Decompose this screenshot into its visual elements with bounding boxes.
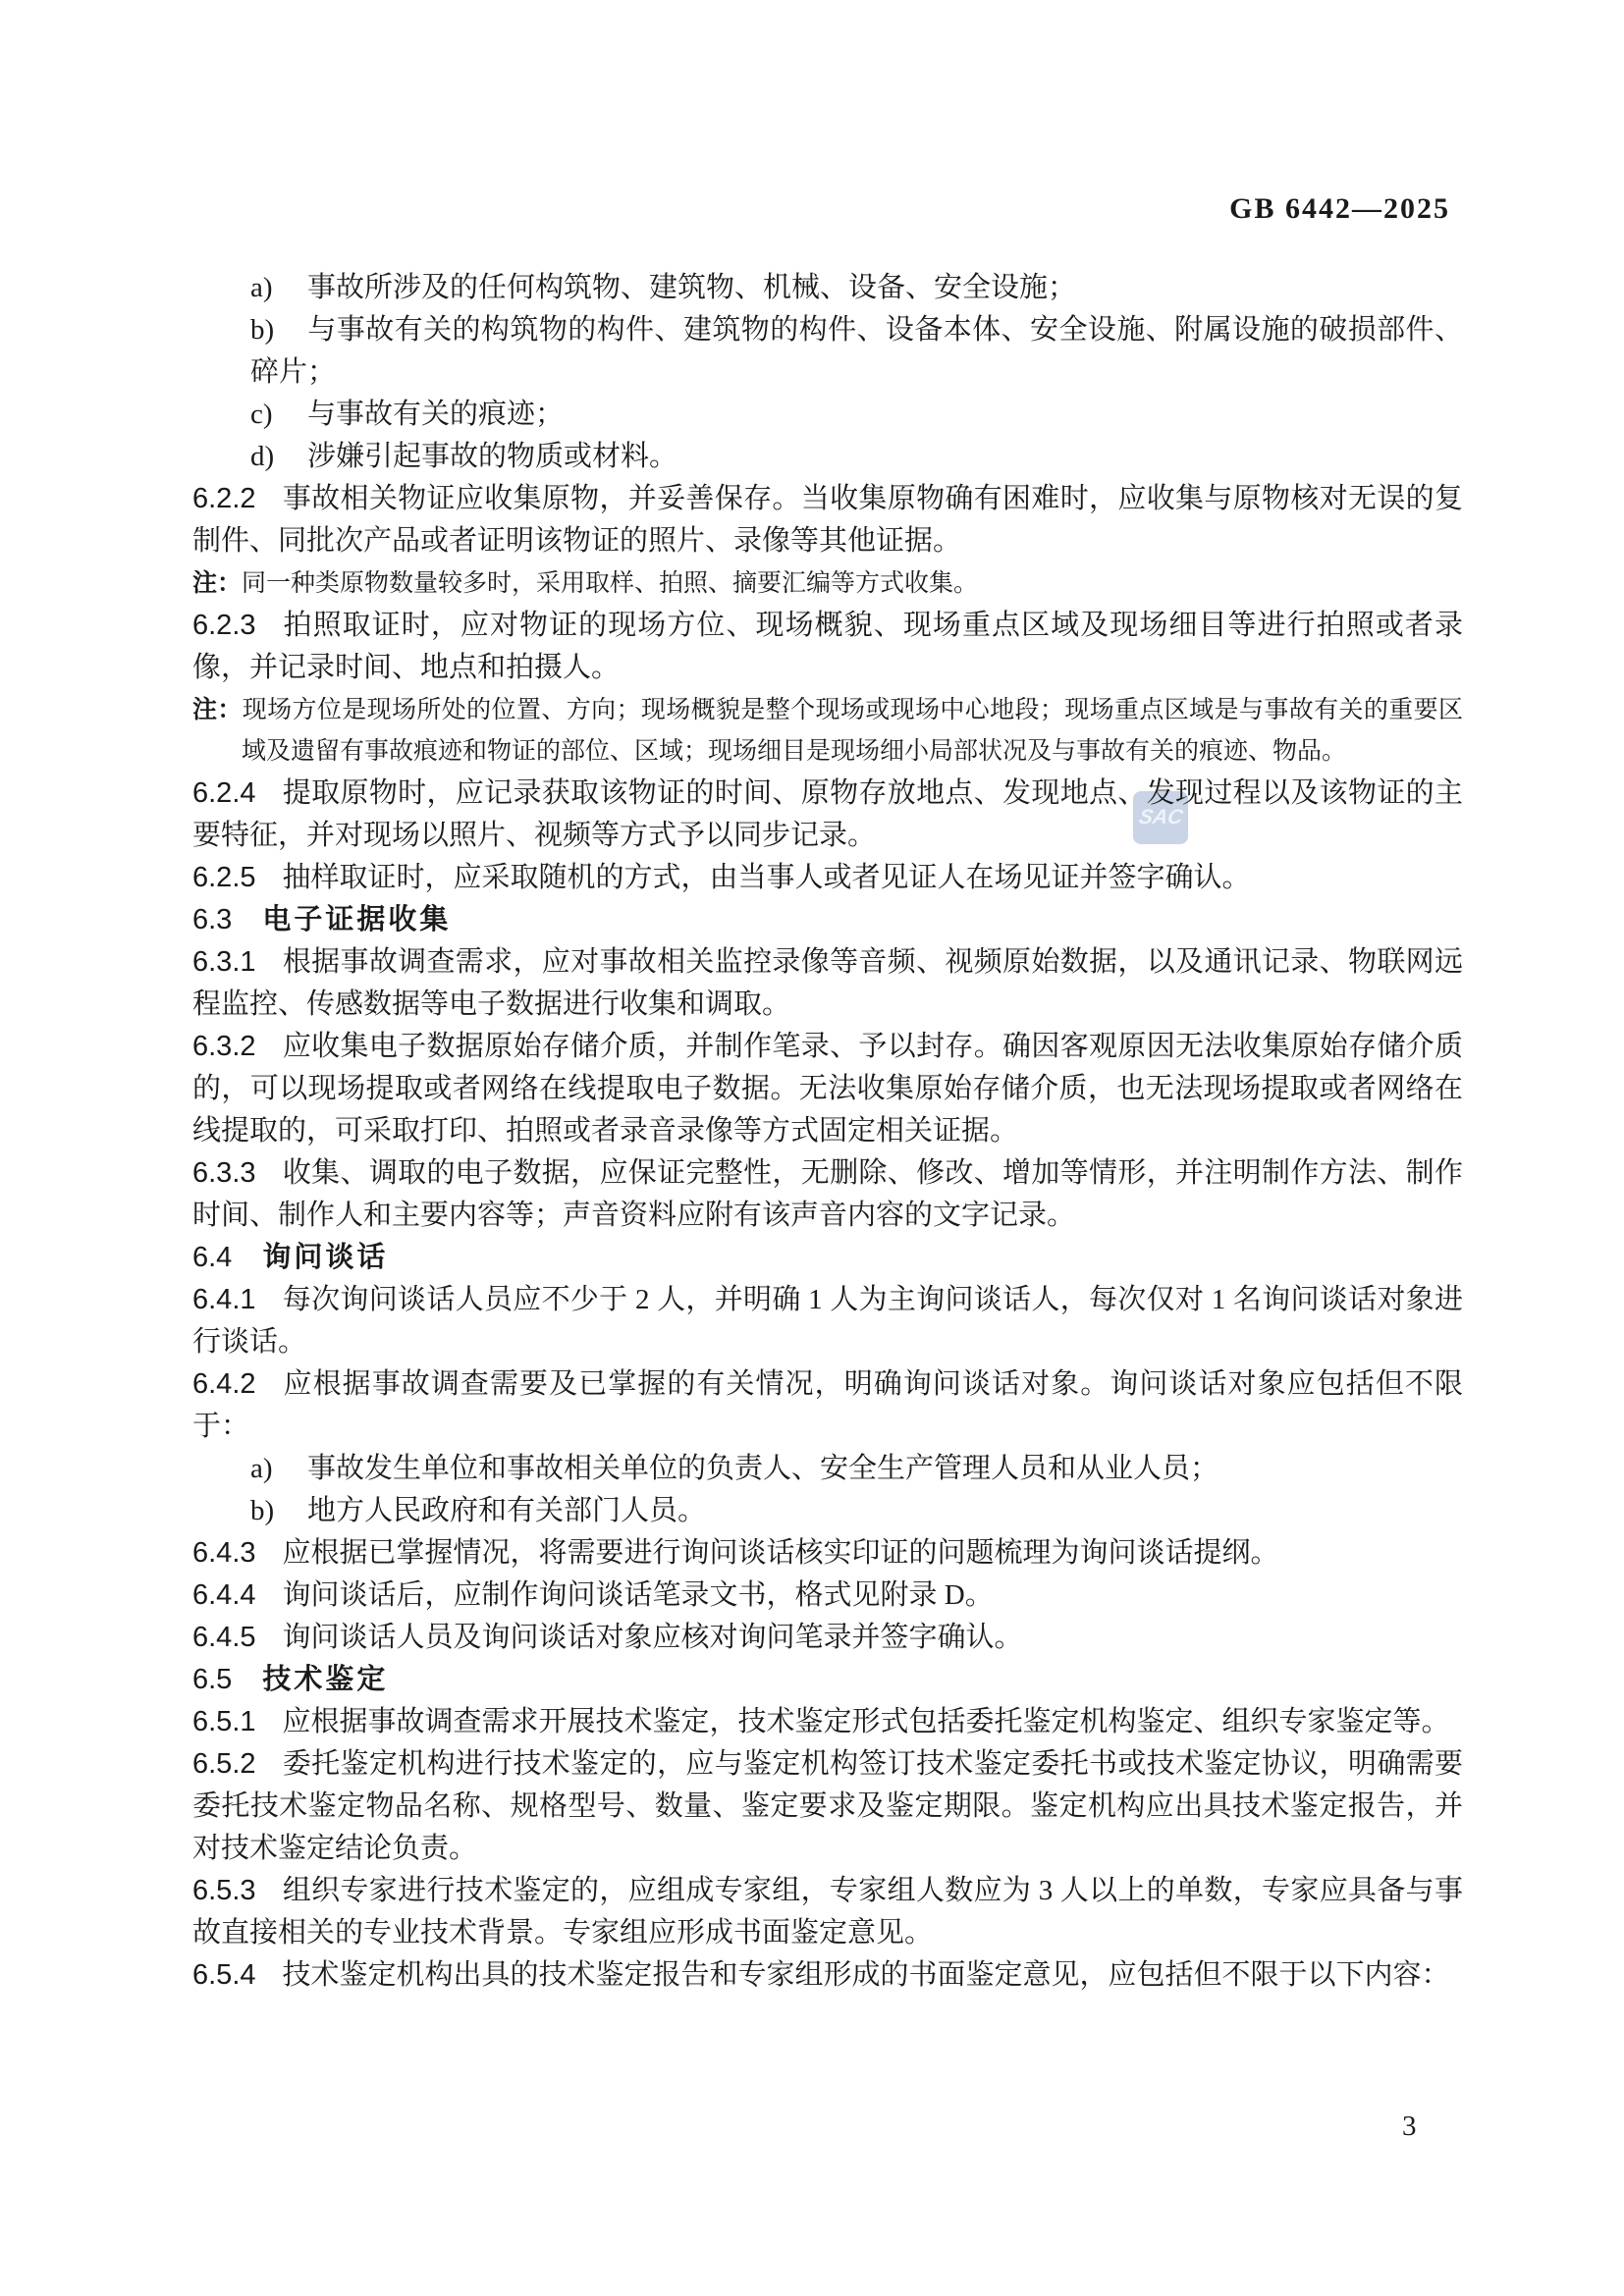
list-item: c)与事故有关的痕迹；	[192, 394, 1463, 436]
clause-text: 应收集电子数据原始存储介质，并制作笔录、予以封存。确因客观原因无法收集原始存储介…	[192, 1031, 1463, 1147]
clause-paragraph: 6.3.1根据事故调查需求，应对事故相关监控录像等音频、视频原始数据，以及通讯记…	[192, 941, 1463, 1026]
clause-text: 事故相关物证应收集原物，并妥善保存。当收集原物确有困难时，应收集与原物核对无误的…	[192, 483, 1463, 557]
note-label: 注：	[192, 696, 243, 723]
clause-paragraph: 6.4.2应根据事故调查需要及已掌握的有关情况，明确询问谈话对象。询问谈话对象应…	[192, 1363, 1463, 1448]
list-item-label: b)	[250, 309, 307, 351]
clause-text: 事故所涉及的任何构筑物、建筑物、机械、设备、安全设施；	[307, 272, 1076, 303]
list-item-label: d)	[250, 436, 307, 478]
clause-text: 地方人民政府和有关部门人员。	[307, 1495, 706, 1526]
clause-paragraph: 6.3.2应收集电子数据原始存储介质，并制作笔录、予以封存。确因客观原因无法收集…	[192, 1026, 1463, 1152]
clause-paragraph: 6.5.1应根据事故调查需求开展技术鉴定，技术鉴定形式包括委托鉴定机构鉴定、组织…	[192, 1701, 1463, 1743]
note: 注：现场方位是现场所处的位置、方向；现场概貌是整个现场或现场中心地段；现场重点区…	[192, 689, 1463, 773]
note-label: 注：	[192, 569, 242, 597]
clause-paragraph: 6.2.3拍照取证时，应对物证的现场方位、现场概貌、现场重点区域及现场细目等进行…	[192, 605, 1463, 689]
clause-paragraph: 6.5.2委托鉴定机构进行技术鉴定的，应与鉴定机构签订技术鉴定委托书或技术鉴定协…	[192, 1743, 1463, 1870]
clause-paragraph: 6.3.3收集、调取的电子数据，应保证完整性，无删除、修改、增加等情形，并注明制…	[192, 1152, 1463, 1237]
list-item: a)事故发生单位和事故相关单位的负责人、安全生产管理人员和从业人员；	[192, 1448, 1463, 1490]
clause-number: 6.2.4	[192, 777, 256, 809]
clause-number: 6.3.3	[192, 1157, 256, 1189]
clause-text: 事故发生单位和事故相关单位的负责人、安全生产管理人员和从业人员；	[307, 1453, 1218, 1484]
clause-text: 拍照取证时，应对物证的现场方位、现场概貌、现场重点区域及现场细目等进行拍照或者录…	[192, 610, 1463, 683]
clause-text: 收集、调取的电子数据，应保证完整性，无删除、修改、增加等情形，并注明制作方法、制…	[192, 1157, 1463, 1231]
clause-number: 6.3.2	[192, 1031, 256, 1062]
clause-paragraph: 6.5.4技术鉴定机构出具的技术鉴定报告和专家组形成的书面鉴定意见，应包括但不限…	[192, 1954, 1463, 1997]
clause-text: 技术鉴定机构出具的技术鉴定报告和专家组形成的书面鉴定意见，应包括但不限于以下内容…	[283, 1959, 1450, 1991]
clause-number: 6.4.4	[192, 1579, 256, 1611]
clause-text: 抽样取证时，应采取随机的方式，由当事人或者见证人在场见证并签字确认。	[283, 862, 1251, 893]
clause-text: 询问谈话人员及询问谈话对象应核对询问笔录并签字确认。	[283, 1622, 1023, 1653]
clause-paragraph: 6.4.1每次询问谈话人员应不少于 2 人，并明确 1 人为主询问谈话人，每次仅…	[192, 1279, 1463, 1363]
clause-text: 委托鉴定机构进行技术鉴定的，应与鉴定机构签订技术鉴定委托书或技术鉴定协议，明确需…	[192, 1748, 1463, 1864]
clause-number: 6.5.2	[192, 1748, 256, 1780]
clause-text: 应根据已掌握情况，将需要进行询问谈话核实印证的问题梳理为询问谈话提纲。	[283, 1537, 1279, 1569]
list-item-label: a)	[250, 267, 307, 309]
clause-paragraph: 6.2.4提取原物时，应记录获取该物证的时间、原物存放地点、发现地点、发现过程以…	[192, 773, 1463, 857]
list-item-label: b)	[250, 1490, 307, 1532]
clause-text: 根据事故调查需求，应对事故相关监控录像等音频、视频原始数据，以及通讯记录、物联网…	[192, 946, 1463, 1020]
clause-paragraph: 6.4.3应根据已掌握情况，将需要进行询问谈话核实印证的问题梳理为询问谈话提纲。	[192, 1532, 1463, 1575]
clause-number: 6.5	[192, 1664, 232, 1695]
list-item: a)事故所涉及的任何构筑物、建筑物、机械、设备、安全设施；	[192, 267, 1463, 309]
clause-number: 6.4.3	[192, 1537, 256, 1569]
clause-text: 与事故有关的构筑物的构件、建筑物的构件、设备本体、安全设施、附属设施的破损部件、…	[250, 314, 1463, 388]
clause-number: 6.4.2	[192, 1368, 256, 1400]
clause-text: 询问谈话后，应制作询问谈话笔录文书，格式见附录 D。	[283, 1579, 994, 1611]
clause-number: 6.2.5	[192, 862, 256, 893]
clause-text: 每次询问谈话人员应不少于 2 人，并明确 1 人为主询问谈话人，每次仅对 1 名…	[192, 1284, 1463, 1358]
list-item-label: a)	[250, 1448, 307, 1490]
list-item: b)与事故有关的构筑物的构件、建筑物的构件、设备本体、安全设施、附属设施的破损部…	[192, 309, 1463, 394]
document-body: a)事故所涉及的任何构筑物、建筑物、机械、设备、安全设施；b)与事故有关的构筑物…	[192, 267, 1463, 1997]
clause-number: 6.2.3	[192, 610, 256, 641]
section-heading: 6.5技术鉴定	[192, 1659, 1463, 1701]
clause-number: 6.4.5	[192, 1622, 256, 1653]
section-heading: 6.3电子证据收集	[192, 899, 1463, 941]
document-page: GB 6442—2025 SAC a)事故所涉及的任何构筑物、建筑物、机械、设备…	[0, 0, 1624, 2296]
note: 注：同一种类原物数量较多时，采用取样、拍照、摘要汇编等方式收集。	[192, 562, 1463, 605]
section-heading: 6.4询问谈话	[192, 1237, 1463, 1279]
standard-number-header: GB 6442—2025	[1229, 192, 1450, 226]
clause-text: 同一种类原物数量较多时，采用取样、拍照、摘要汇编等方式收集。	[242, 570, 978, 597]
section-title: 技术鉴定	[262, 1664, 388, 1695]
list-item-label: c)	[250, 394, 307, 436]
list-item: b)地方人民政府和有关部门人员。	[192, 1490, 1463, 1532]
list-item: d)涉嫌引起事故的物质或材料。	[192, 436, 1463, 478]
clause-number: 6.3	[192, 904, 232, 935]
clause-text: 应根据事故调查需要及已掌握的有关情况，明确询问谈话对象。询问谈话对象应包括但不限…	[192, 1368, 1463, 1442]
clause-number: 6.5.3	[192, 1875, 256, 1906]
clause-text: 提取原物时，应记录获取该物证的时间、原物存放地点、发现地点、发现过程以及该物证的…	[192, 777, 1463, 851]
page-number: 3	[1402, 2110, 1417, 2143]
clause-paragraph: 6.2.5抽样取证时，应采取随机的方式，由当事人或者见证人在场见证并签字确认。	[192, 857, 1463, 899]
clause-paragraph: 6.4.5询问谈话人员及询问谈话对象应核对询问笔录并签字确认。	[192, 1617, 1463, 1659]
clause-text: 现场方位是现场所处的位置、方向；现场概貌是整个现场或现场中心地段；现场重点区域是…	[242, 697, 1463, 765]
clause-paragraph: 6.5.3组织专家进行技术鉴定的，应组成专家组，专家组人数应为 3 人以上的单数…	[192, 1870, 1463, 1954]
clause-number: 6.5.4	[192, 1959, 256, 1991]
clause-number: 6.5.1	[192, 1706, 256, 1737]
clause-text: 组织专家进行技术鉴定的，应组成专家组，专家组人数应为 3 人以上的单数，专家应具…	[192, 1875, 1463, 1949]
clause-text: 应根据事故调查需求开展技术鉴定，技术鉴定形式包括委托鉴定机构鉴定、组织专家鉴定等…	[283, 1706, 1450, 1737]
section-title: 电子证据收集	[262, 904, 451, 935]
clause-number: 6.3.1	[192, 946, 256, 978]
clause-number: 6.4	[192, 1242, 232, 1273]
clause-paragraph: 6.2.2事故相关物证应收集原物，并妥善保存。当收集原物确有困难时，应收集与原物…	[192, 478, 1463, 562]
clause-number: 6.4.1	[192, 1284, 256, 1315]
clause-text: 与事故有关的痕迹；	[307, 399, 564, 430]
clause-paragraph: 6.4.4询问谈话后，应制作询问谈话笔录文书，格式见附录 D。	[192, 1575, 1463, 1617]
clause-number: 6.2.2	[192, 483, 256, 514]
clause-text: 涉嫌引起事故的物质或材料。	[307, 441, 677, 472]
section-title: 询问谈话	[262, 1242, 388, 1273]
